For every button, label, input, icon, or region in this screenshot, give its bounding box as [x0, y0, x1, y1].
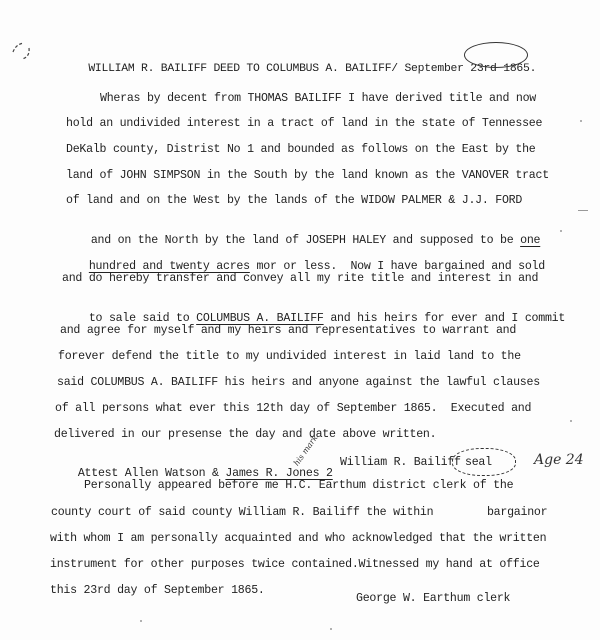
- body-line: land of JOHN SIMPSON in the South by the…: [66, 169, 549, 183]
- handwritten-age-note: Age 24: [534, 452, 584, 468]
- body-line: Wheras by decent from THOMAS BAILIFF I h…: [100, 92, 536, 106]
- body-line: and do hereby transfer and convey all my…: [62, 272, 538, 286]
- grantor-signature: William R. Bailiff: [340, 456, 461, 470]
- body-line: DeKalb county, Distrist No 1 and bounded…: [66, 143, 536, 157]
- clerk-signature: George W. Earthum clerk: [356, 592, 510, 606]
- scan-speck: [580, 120, 582, 122]
- certificate-line: county court of said county William R. B…: [51, 506, 547, 520]
- title-main: WILLIAM R. BAILIFF DEED TO COLUMBUS A. B…: [88, 63, 503, 75]
- seal-label: seal: [465, 456, 492, 470]
- certificate-line: Personally appeared before me H.C. Earth…: [84, 479, 513, 493]
- body-line: forever defend the title to my undivided…: [58, 350, 521, 364]
- scan-speck: [570, 420, 572, 422]
- scan-speck: [578, 210, 588, 211]
- certificate-line: instrument for other purposes twice cont…: [50, 558, 540, 572]
- year-circle-annotation: [464, 42, 528, 68]
- body-line: and agree for myself and my heirs and re…: [60, 324, 516, 338]
- certificate-line: with whom I am personally acquainted and…: [50, 532, 546, 546]
- scan-speck: [140, 620, 142, 622]
- body-line: delivered in our presense the day and da…: [54, 428, 436, 442]
- body-line: hold an undivided interest in a tract of…: [66, 117, 542, 131]
- certificate-line: this 23rd day of September 1865.: [50, 584, 265, 598]
- scan-speck: [330, 628, 332, 630]
- scan-speck: [560, 230, 562, 232]
- deed-page: WILLIAM R. BAILIFF DEED TO COLUMBUS A. B…: [0, 0, 600, 640]
- body-line: of all persons what ever this 12th day o…: [55, 402, 531, 416]
- margin-punch-mark-icon: [8, 38, 34, 64]
- body-line: said COLUMBUS A. BAILIFF his heirs and a…: [57, 376, 540, 390]
- body-line: of land and on the West by the lands of …: [66, 194, 522, 208]
